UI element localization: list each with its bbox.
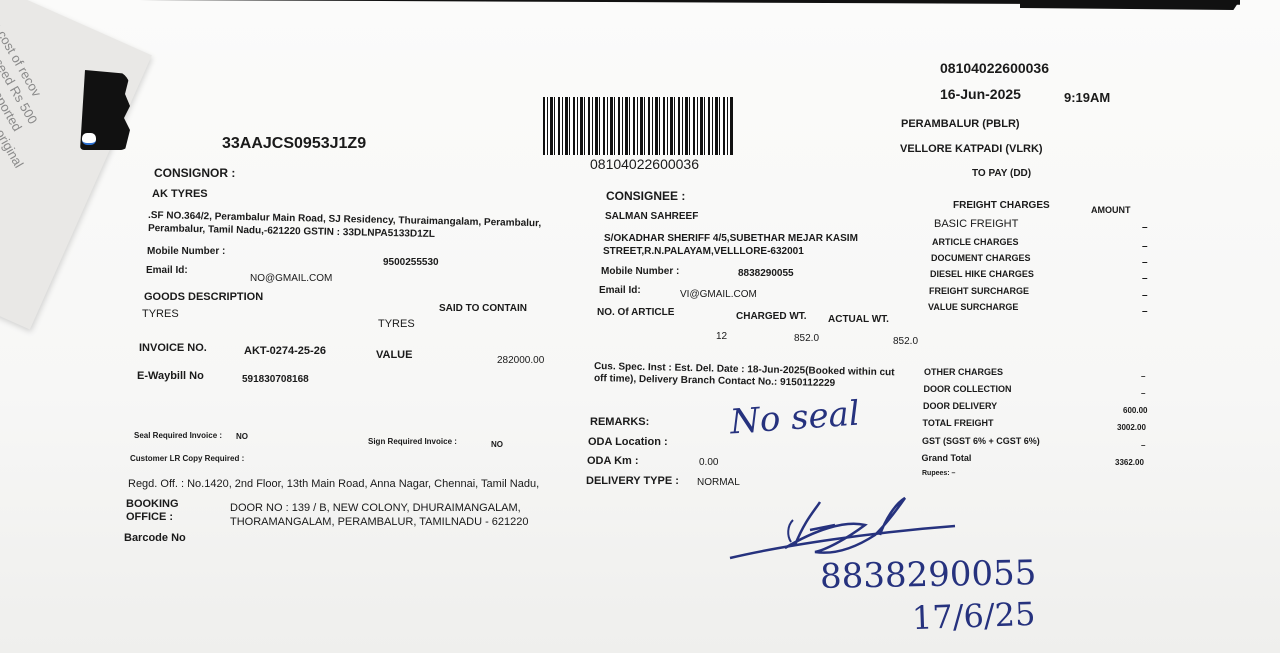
charge-amount: – bbox=[1142, 241, 1148, 252]
terms-text-fragment: the cost of recovshall exceed Rs 500whic… bbox=[0, 9, 73, 198]
articles-count: 12 bbox=[716, 331, 727, 342]
booking-date: 16-Jun-2025 bbox=[940, 86, 1021, 102]
other-charge-amount: – bbox=[1141, 389, 1145, 398]
registered-office: Regd. Off. : No.1420, 2nd Floor, 13th Ma… bbox=[128, 478, 539, 490]
consignee-address-line1: S/OKADHAR SHERIFF 4/5,SUBETHAR MEJAR KAS… bbox=[604, 233, 858, 244]
seal-required-label: Seal Required Invoice : bbox=[134, 431, 222, 440]
barcode-number: 08104022600036 bbox=[590, 156, 699, 172]
booking-time: 9:19AM bbox=[1064, 90, 1110, 105]
amount-header: AMOUNT bbox=[1091, 205, 1131, 215]
ewaybill-label: E-Waybill No bbox=[137, 370, 204, 382]
consignee-address-line2: STREET,R.N.PALAYAM,VELLLORE-632001 bbox=[603, 246, 804, 257]
consignee-mobile: 8838290055 bbox=[738, 268, 794, 279]
oda-location-label: ODA Location : bbox=[588, 436, 668, 448]
oda-km-label: ODA Km : bbox=[587, 455, 639, 467]
consignee-email-label: Email Id: bbox=[599, 285, 641, 296]
other-charge-amount: 3002.00 bbox=[1117, 423, 1146, 432]
other-charge-amount: 600.00 bbox=[1123, 406, 1147, 415]
charge-label: BASIC FREIGHT bbox=[934, 218, 1018, 230]
goods-value: 282000.00 bbox=[497, 355, 544, 366]
origin-branch: PERAMBALUR (PBLR) bbox=[901, 118, 1020, 130]
consignor-email: NO@GMAIL.COM bbox=[250, 273, 332, 284]
said-to-contain-label: SAID TO CONTAIN bbox=[439, 303, 527, 314]
ewaybill-number: 591830708168 bbox=[242, 374, 309, 385]
lr-number: 08104022600036 bbox=[940, 60, 1049, 76]
handwritten-phone: 8838290055 bbox=[820, 553, 1037, 597]
other-charge-label: TOTAL FREIGHT bbox=[923, 418, 994, 428]
destination-branch: VELLORE KATPADI (VLRK) bbox=[900, 143, 1043, 155]
oda-km: 0.00 bbox=[699, 457, 718, 468]
other-charge-label: DOOR COLLECTION bbox=[924, 384, 1012, 394]
consignee-email: VI@GMAIL.COM bbox=[680, 289, 757, 300]
consignee-mobile-label: Mobile Number : bbox=[601, 266, 679, 277]
remarks-label: REMARKS: bbox=[590, 416, 649, 428]
charge-label: DOCUMENT CHARGES bbox=[931, 253, 1031, 263]
rupees-in-words: Rupees: – bbox=[922, 470, 955, 477]
consignee-name: SALMAN SAHREEF bbox=[605, 211, 698, 222]
charged-weight-label: CHARGED WT. bbox=[736, 311, 807, 322]
other-charge-amount: – bbox=[1141, 441, 1145, 450]
other-charge-label: DOOR DELIVERY bbox=[923, 401, 997, 411]
actual-weight-label: ACTUAL WT. bbox=[828, 314, 889, 325]
charge-label: DIESEL HIKE CHARGES bbox=[930, 269, 1034, 279]
sign-required-label: Sign Required Invoice : bbox=[368, 437, 457, 446]
consignor-email-label: Email Id: bbox=[146, 265, 188, 276]
other-charge-amount: – bbox=[1141, 372, 1145, 381]
consignor-heading: CONSIGNOR : bbox=[154, 166, 235, 180]
charge-label: ARTICLE CHARGES bbox=[932, 237, 1019, 247]
booking-office-label-1: BOOKING bbox=[126, 498, 179, 510]
consignor-mobile-label: Mobile Number : bbox=[147, 246, 225, 257]
other-charge-label: Grand Total bbox=[922, 453, 972, 463]
invoice-label: INVOICE NO. bbox=[139, 342, 207, 354]
booking-office-address-1: DOOR NO : 139 / B, NEW COLONY, DHURAIMAN… bbox=[230, 502, 521, 514]
freight-charges-header: FREIGHT CHARGES bbox=[953, 200, 1050, 211]
customer-lr-copy-label: Customer LR Copy Required : bbox=[130, 454, 244, 463]
handwritten-date: 17/6/25 bbox=[911, 595, 1036, 637]
goods-description-label: GOODS DESCRIPTION bbox=[144, 291, 263, 303]
charge-amount: – bbox=[1142, 222, 1148, 233]
said-to-contain: TYRES bbox=[378, 318, 415, 330]
seal-required-value: NO bbox=[236, 432, 248, 441]
charge-amount: – bbox=[1142, 257, 1148, 268]
actual-weight: 852.0 bbox=[893, 336, 918, 347]
booking-office-address-2: THORAMANGALAM, PERAMBALUR, TAMILNADU - 6… bbox=[230, 516, 529, 528]
barcode-no-label: Barcode No bbox=[124, 532, 186, 544]
consignee-heading: CONSIGNEE : bbox=[606, 189, 685, 203]
charge-amount: – bbox=[1142, 273, 1148, 284]
goods-description: TYRES bbox=[142, 308, 179, 320]
charge-amount: – bbox=[1142, 290, 1148, 301]
invoice-number: AKT-0274-25-26 bbox=[244, 345, 326, 357]
delivery-type-label: DELIVERY TYPE : bbox=[586, 475, 679, 487]
value-label: VALUE bbox=[376, 349, 412, 361]
charge-label: VALUE SURCHARGE bbox=[928, 302, 1018, 312]
company-gstin: 33AAJCS0953J1Z9 bbox=[222, 135, 366, 153]
charge-amount: – bbox=[1142, 306, 1148, 317]
consignor-name: AK TYRES bbox=[152, 188, 208, 200]
sign-required-value: NO bbox=[491, 440, 503, 449]
ink-blot-highlight bbox=[82, 133, 96, 145]
other-charge-amount: 3362.00 bbox=[1115, 458, 1144, 467]
booking-office-label-2: OFFICE : bbox=[126, 511, 173, 523]
lr-barcode bbox=[543, 97, 733, 155]
consignor-mobile: 9500255530 bbox=[383, 257, 439, 268]
other-charge-label: OTHER CHARGES bbox=[924, 367, 1003, 377]
other-charge-label: GST (SGST 6% + CGST 6%) bbox=[922, 436, 1040, 446]
charge-label: FREIGHT SURCHARGE bbox=[929, 286, 1029, 296]
payment-mode: TO PAY (DD) bbox=[972, 168, 1031, 179]
articles-label: NO. Of ARTICLE bbox=[597, 307, 674, 318]
charged-weight: 852.0 bbox=[794, 333, 819, 344]
delivery-type: NORMAL bbox=[697, 477, 740, 488]
